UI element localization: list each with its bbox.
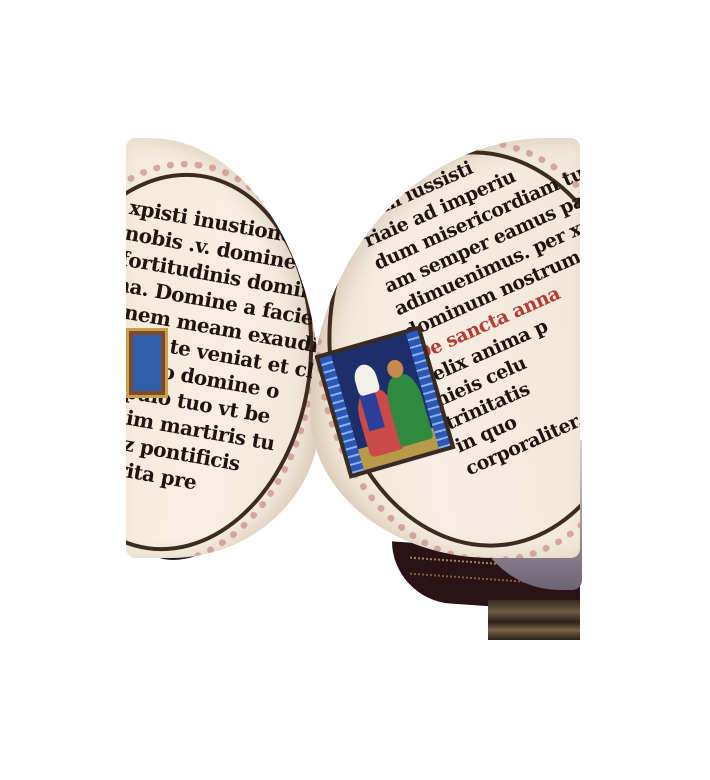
metal-clasp — [488, 600, 580, 640]
left-page: xpisti inustione nobis .v. domine fortit… — [126, 138, 320, 558]
manuscript-photo: xpisti inustione nobis .v. domine fortit… — [0, 0, 710, 780]
anne-veil — [351, 362, 380, 397]
illuminated-initial — [126, 328, 168, 398]
right-page: clam iussisti riaie ad imperiu dum miser… — [310, 138, 580, 558]
